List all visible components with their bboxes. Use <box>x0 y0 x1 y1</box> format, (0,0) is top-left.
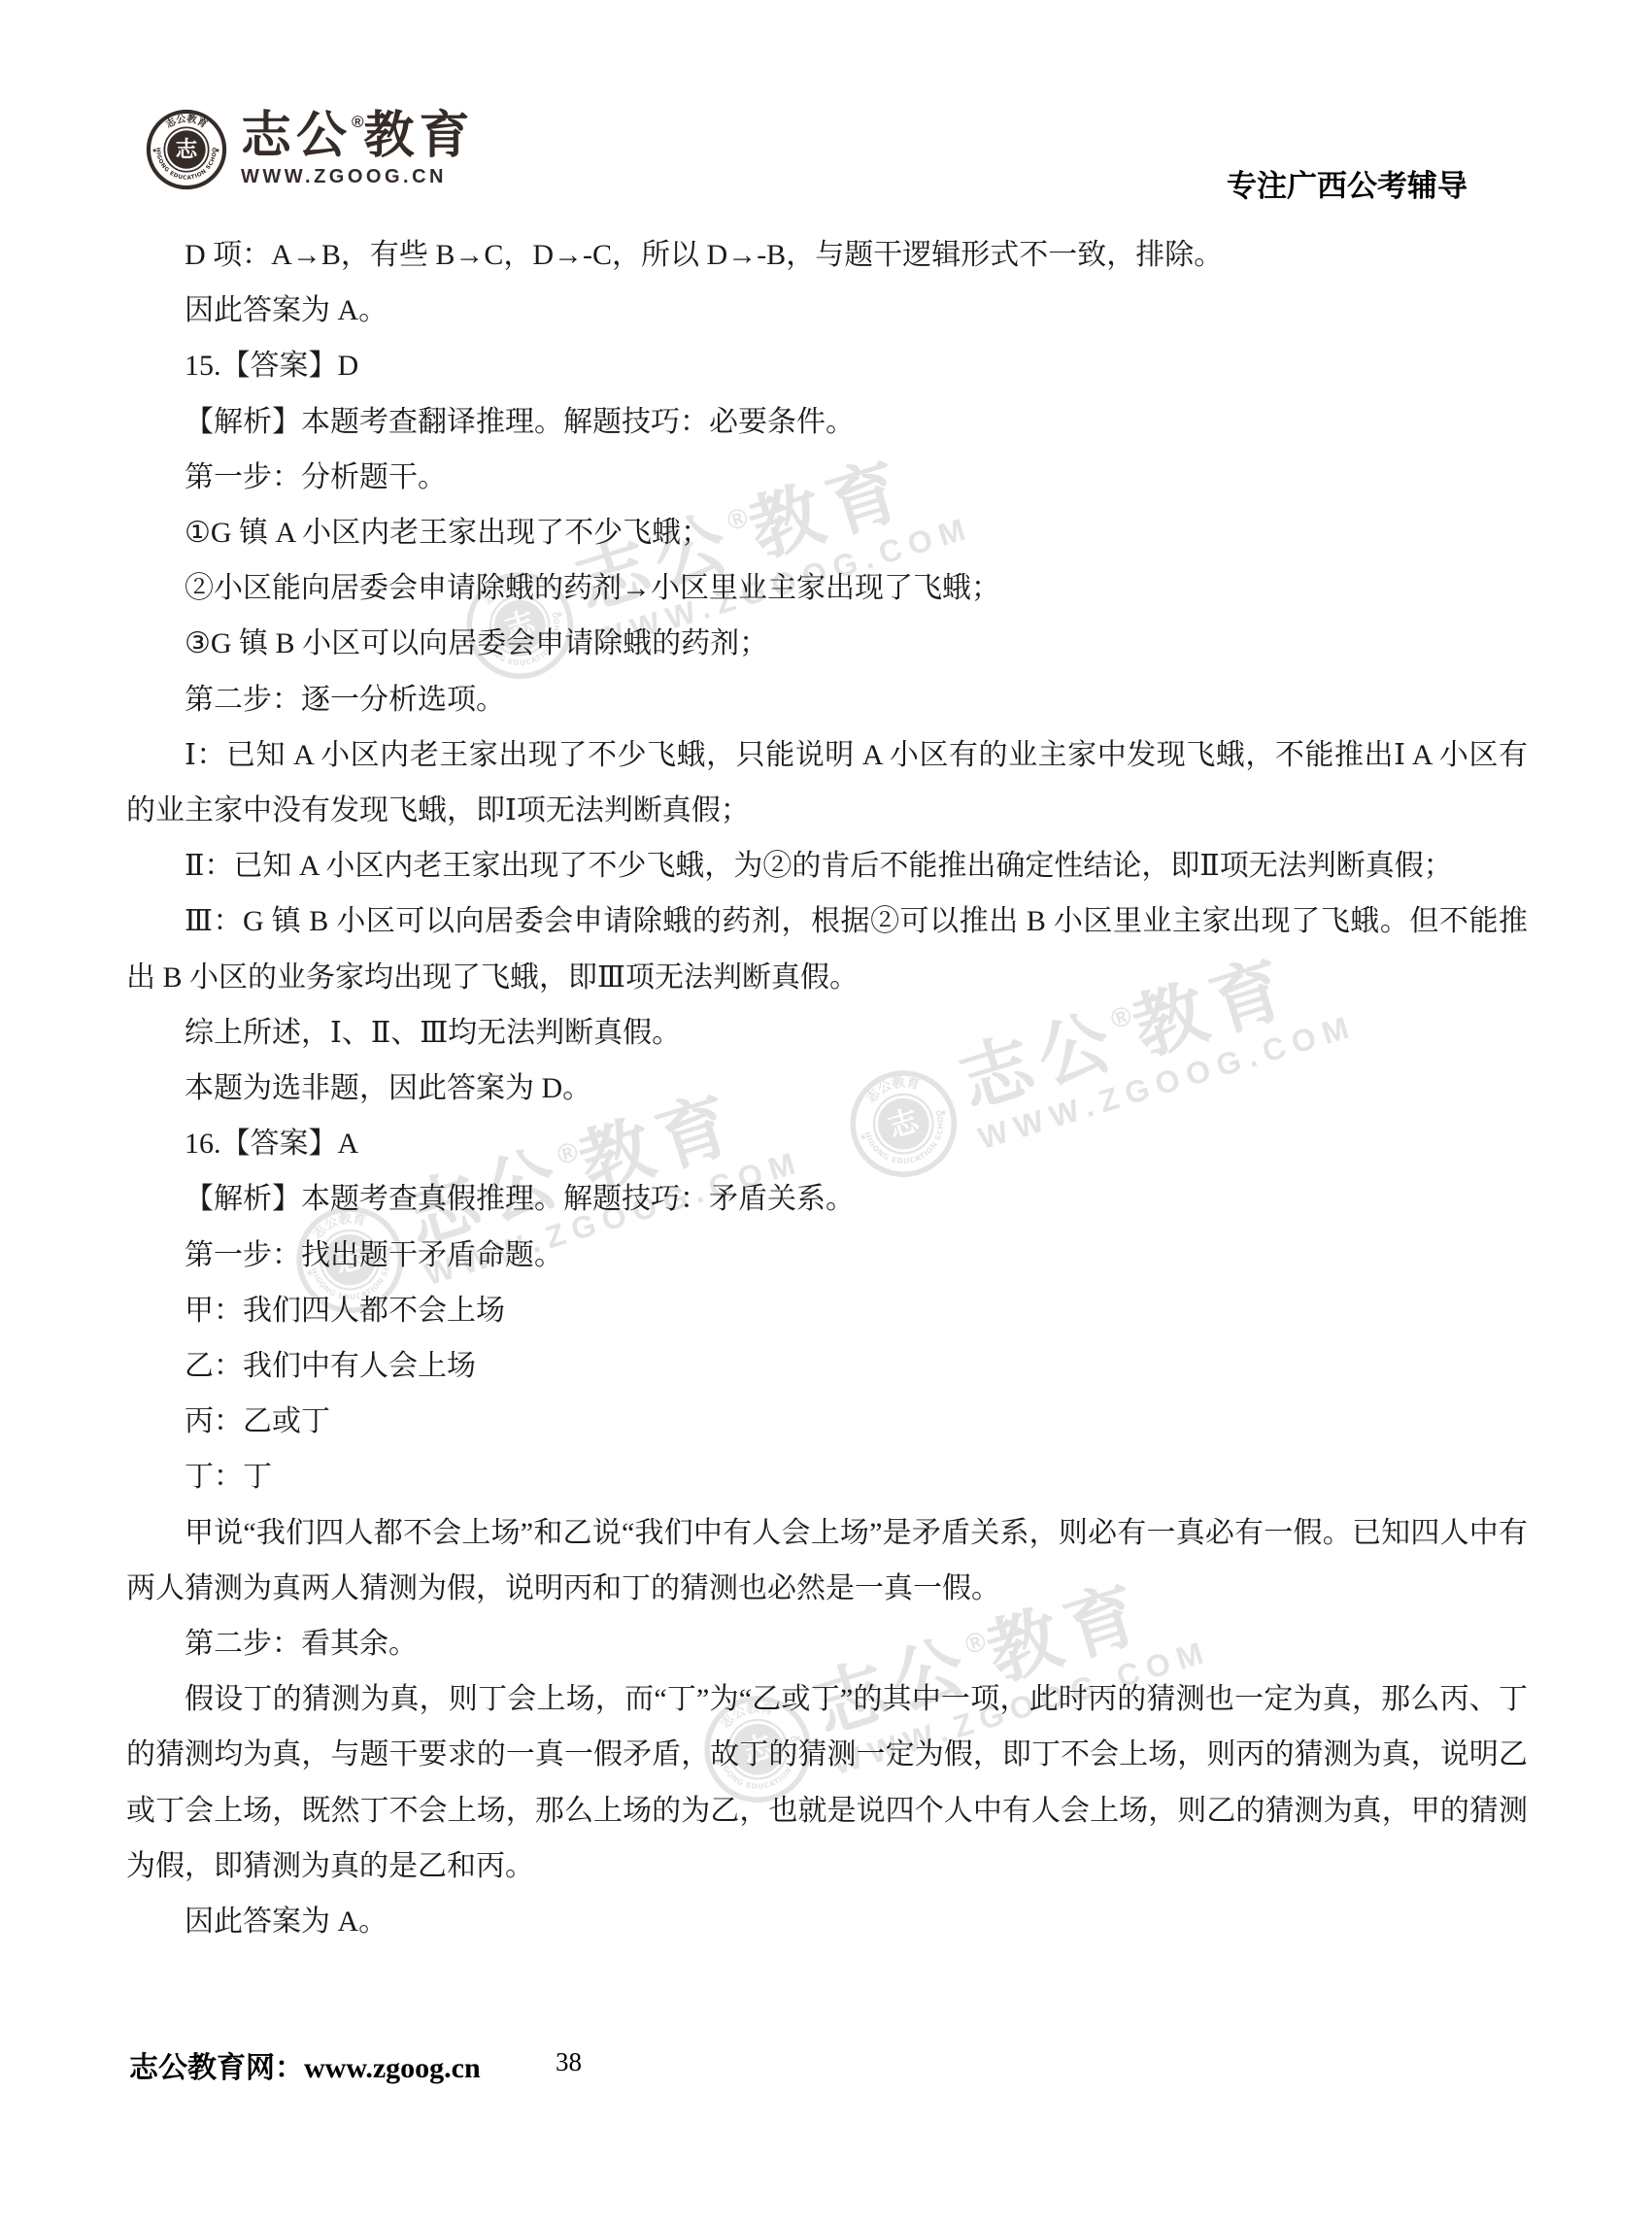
logo-text: 志公®教育 WWW.ZGOOG.CN <box>241 111 475 187</box>
document-body: D 项：A→B，有些 B→C，D→-C，所以 D→-B，与题干逻辑形式不一致，排… <box>126 227 1528 1949</box>
paragraph: D 项：A→B，有些 B→C，D→-C，所以 D→-B，与题干逻辑形式不一致，排… <box>126 227 1528 283</box>
paragraph: 【解析】本题考查翻译推理。解题技巧：必要条件。 <box>126 394 1528 450</box>
registered-icon: ® <box>352 113 364 131</box>
paragraph: Ⅲ：G 镇 B 小区可以向居委会申请除蛾的药剂，根据②可以推出 B 小区里业主家… <box>126 893 1528 1004</box>
logo-url: WWW.ZGOOG.CN <box>241 166 475 188</box>
paragraph: Ⅱ：已知 A 小区内老王家出现了不少飞蛾，为②的肯后不能推出确定性结论，即Ⅱ项无… <box>126 838 1528 893</box>
paragraph: 15.【答案】D <box>126 338 1528 393</box>
paragraph: 【解析】本题考查真假推理。解题技巧：矛盾关系。 <box>126 1171 1528 1227</box>
paragraph: 16.【答案】A <box>126 1116 1528 1171</box>
paragraph: ②小区能向居委会申请除蛾的药剂→小区里业主家出现了飞蛾； <box>126 560 1528 616</box>
logo-seal-icon: 志 志公教育 ZHIGONG EDUCATION SCHOOL ★ ★ <box>146 109 227 190</box>
paragraph: 第二步：看其余。 <box>126 1616 1528 1671</box>
svg-text:★: ★ <box>152 147 157 154</box>
paragraph: 本题为选非题，因此答案为 D。 <box>126 1061 1528 1116</box>
svg-text:★: ★ <box>215 147 220 154</box>
paragraph: 甲：我们四人都不会上场 <box>126 1283 1528 1338</box>
header-tagline: 专注广西公考辅导 <box>1227 161 1467 205</box>
company-logo: 志 志公教育 ZHIGONG EDUCATION SCHOOL ★ ★ 志公®教… <box>146 109 475 190</box>
paragraph: Ⅰ：已知 A 小区内老王家出现了不少飞蛾，只能说明 A 小区有的业主家中发现飞蛾… <box>126 727 1528 838</box>
document-page: 志 志公教育 ZHIGONG EDUCATION SCHOOL ★ ★ 志公®教… <box>0 0 1652 2225</box>
paragraph: ③G 镇 B 小区可以向居委会申请除蛾的药剂； <box>126 616 1528 671</box>
paragraph: 第一步：分析题干。 <box>126 450 1528 505</box>
paragraph: 丁：丁 <box>126 1449 1528 1504</box>
paragraph: 乙：我们中有人会上场 <box>126 1338 1528 1394</box>
svg-text:志: 志 <box>176 138 198 163</box>
paragraph: 因此答案为 A。 <box>126 283 1528 338</box>
paragraph: 丙：乙或丁 <box>126 1394 1528 1449</box>
paragraph: ①G 镇 A 小区内老王家出现了不少飞蛾； <box>126 505 1528 560</box>
paragraph: 综上所述，Ⅰ、Ⅱ、Ⅲ均无法判断真假。 <box>126 1005 1528 1061</box>
logo-brand: 志公®教育 <box>241 111 475 162</box>
paragraph: 假设丁的猜测为真，则丁会上场，而“丁”为“乙或丁”的其中一项，此时丙的猜测也一定… <box>126 1671 1528 1894</box>
page-number: 38 <box>556 2047 582 2077</box>
paragraph: 因此答案为 A。 <box>126 1894 1528 1949</box>
footer-site-link: 志公教育网：www.zgoog.cn <box>129 2043 481 2086</box>
paragraph: 第一步：找出题干矛盾命题。 <box>126 1228 1528 1283</box>
paragraph: 甲说“我们四人都不会上场”和乙说“我们中有人会上场”是矛盾关系，则必有一真必有一… <box>126 1505 1528 1616</box>
paragraph: 第二步：逐一分析选项。 <box>126 672 1528 727</box>
